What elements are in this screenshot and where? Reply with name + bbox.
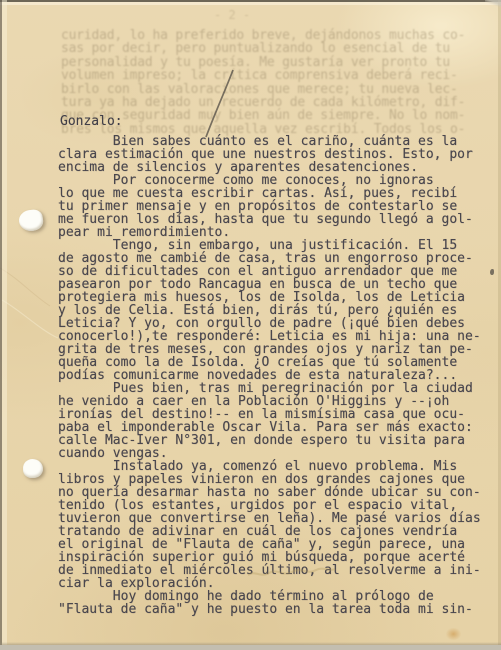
- paper-crease-line: [0, 268, 50, 306]
- paper-edge-left-highlight: [2, 0, 7, 645]
- letter-body-text: Bien sabes cuánto es el cariño, cuánta e…: [58, 135, 481, 616]
- paper-sheet: - 2 - curidad, lo ha preferido breve, de…: [0, 0, 501, 645]
- paper-stain: [445, 627, 462, 641]
- punch-hole-top: [18, 208, 45, 232]
- ink-speck: [490, 269, 494, 275]
- scanned-letter-page: - 2 - curidad, lo ha preferido breve, de…: [0, 0, 501, 650]
- paper-edge-top-highlight: [0, 2, 501, 5]
- letter-salutation: Gonzalo:: [60, 115, 123, 128]
- punch-hole-bottom: [23, 459, 43, 478]
- paper-crease-line: [2, 300, 58, 338]
- ghost-page-number: - 2 -: [214, 9, 250, 22]
- scan-corner-top-right: [485, 0, 501, 9]
- paper-edge-bottom-seam: [0, 642, 501, 645]
